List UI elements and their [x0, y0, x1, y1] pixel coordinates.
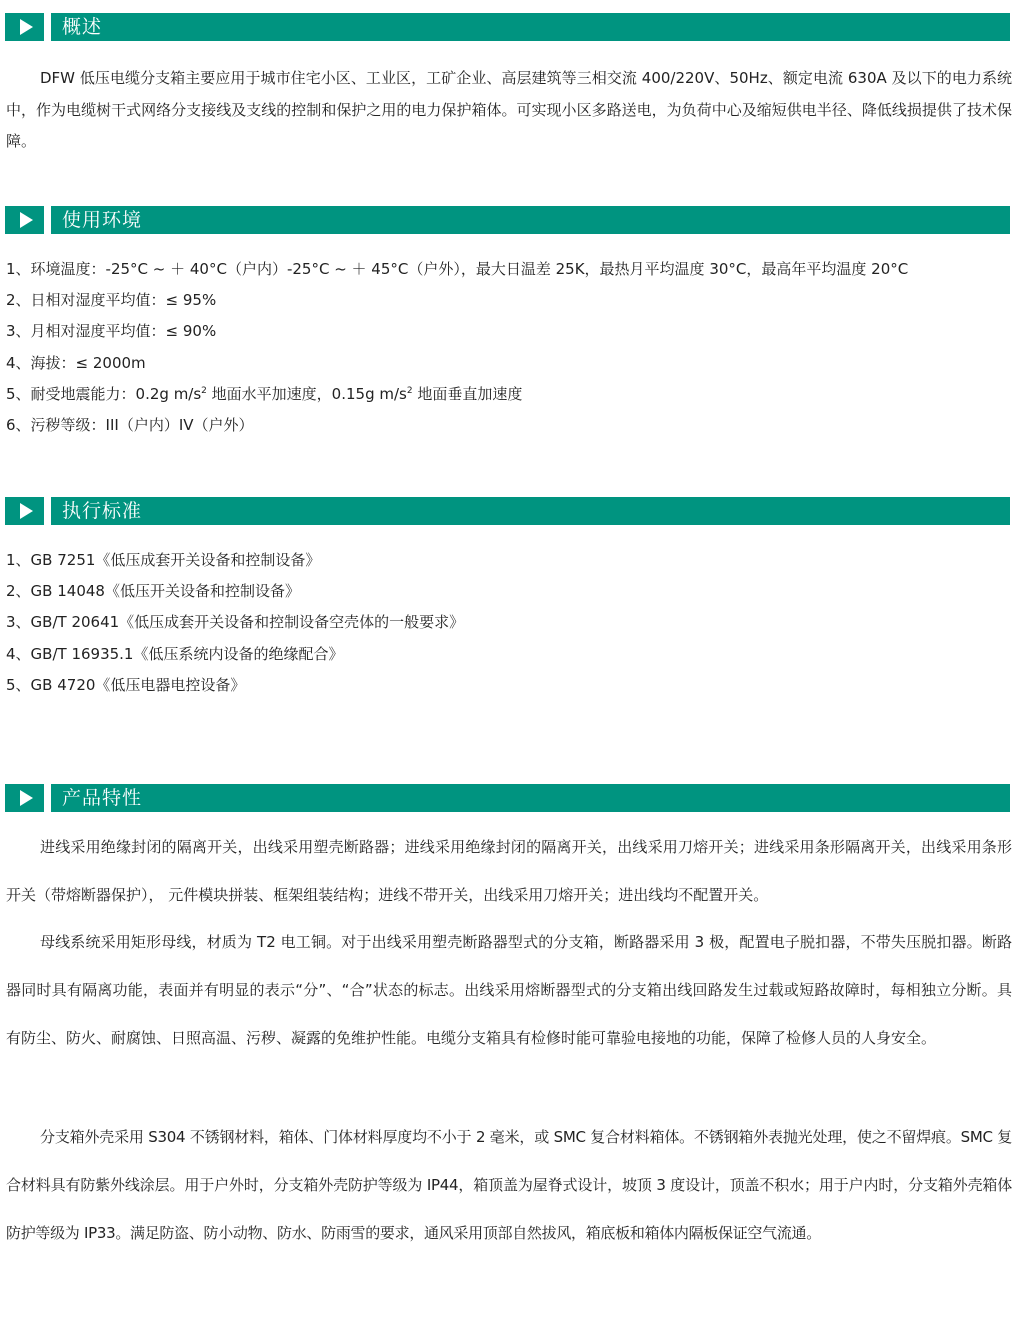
- list-item: 3、GB/T 20641《低压成套开关设备和控制设备空壳体的一般要求》: [6, 607, 464, 638]
- environment-list: 1、环境温度：-25°C ~ ＋ 40°C（户内）-25°C ~ ＋ 45°C（…: [6, 254, 908, 441]
- list-item: 1、GB 7251《低压成套开关设备和控制设备》: [6, 545, 464, 576]
- standards-list: 1、GB 7251《低压成套开关设备和控制设备》 2、GB 14048《低压开关…: [6, 545, 464, 701]
- list-item: 6、污秽等级：III（户内）IV（户外）: [6, 410, 908, 441]
- section-title-standards: 执行标准: [51, 497, 1010, 525]
- play-triangle-icon: [5, 784, 44, 812]
- play-triangle-icon: [5, 13, 44, 41]
- seismic-text-post: 地面垂直加速度: [413, 385, 523, 403]
- features-paragraph-2: 母线系统采用矩形母线，材质为 T2 电工铜。对于出线采用塑壳断路器型式的分支箱，…: [6, 918, 1012, 1062]
- section-title-environment: 使用环境: [51, 206, 1010, 234]
- play-triangle-icon: [5, 497, 44, 525]
- list-item: 1、环境温度：-25°C ~ ＋ 40°C（户内）-25°C ~ ＋ 45°C（…: [6, 254, 908, 285]
- play-triangle-icon: [5, 206, 44, 234]
- features-paragraph-3: 分支箱外壳采用 S304 不锈钢材料，箱体、门体材料厚度均不小于 2 毫米，或 …: [6, 1113, 1012, 1257]
- list-item: 4、海拔：≤ 2000m: [6, 348, 908, 379]
- seismic-text-mid: 地面水平加速度，0.15g m/s: [207, 385, 407, 403]
- section-header-overview: 概述: [5, 13, 1010, 41]
- section-title-overview: 概述: [51, 13, 1010, 41]
- features-paragraph-1: 进线采用绝缘封闭的隔离开关，出线采用塑壳断路器；进线采用绝缘封闭的隔离开关，出线…: [6, 823, 1012, 919]
- section-header-features: 产品特性: [5, 784, 1010, 812]
- list-item: 5、GB 4720《低压电器电控设备》: [6, 670, 464, 701]
- section-title-features: 产品特性: [51, 784, 1010, 812]
- section-header-standards: 执行标准: [5, 497, 1010, 525]
- list-item: 3、月相对湿度平均值：≤ 90%: [6, 316, 908, 347]
- overview-paragraph: DFW 低压电缆分支箱主要应用于城市住宅小区、工业区，工矿企业、高层建筑等三相交…: [6, 63, 1012, 158]
- section-header-environment: 使用环境: [5, 206, 1010, 234]
- list-item: 2、日相对湿度平均值：≤ 95%: [6, 285, 908, 316]
- list-item: 5、耐受地震能力：0.2g m/s2 地面水平加速度，0.15g m/s2 地面…: [6, 379, 908, 410]
- list-item: 2、GB 14048《低压开关设备和控制设备》: [6, 576, 464, 607]
- seismic-text-pre: 5、耐受地震能力：0.2g m/s: [6, 385, 201, 403]
- list-item: 4、GB/T 16935.1《低压系统内设备的绝缘配合》: [6, 639, 464, 670]
